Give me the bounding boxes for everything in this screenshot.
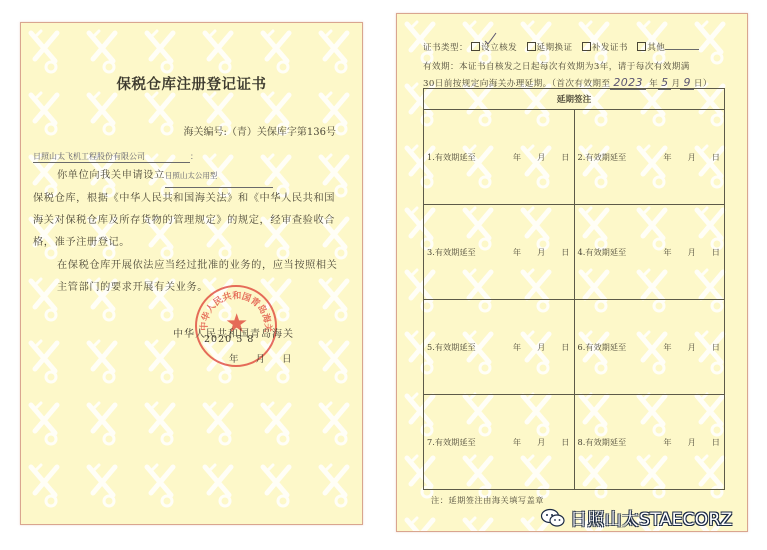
extension-label: 3.有效期延至 bbox=[427, 247, 476, 258]
approval-paragraph: 你单位向我关申请设立日照山太公用型 保税仓库，根据《中华人民共和国海关法》和《中… bbox=[33, 165, 343, 254]
extension-entry: 1.有效期延至年月日 bbox=[424, 152, 574, 163]
year-label: 年 bbox=[663, 342, 671, 353]
month-label: 月 bbox=[537, 247, 545, 258]
wechat-watermark: 日照山太STAECORZ bbox=[540, 505, 733, 530]
extension-entry: 7.有效期延至年月日 bbox=[424, 437, 574, 448]
issue-date: 2020 5 8 bbox=[204, 334, 254, 345]
extension-cell[interactable]: 6.有效期延至年月日 bbox=[574, 300, 725, 395]
certificate-title: 保税仓库注册登记证书 bbox=[21, 73, 362, 94]
day-label: 日 bbox=[712, 437, 720, 448]
checkbox-icon[interactable] bbox=[471, 42, 480, 51]
extension-row: 5.有效期延至年月日6.有效期延至年月日 bbox=[424, 300, 725, 395]
extension-row: 7.有效期延至年月日8.有效期延至年月日 bbox=[424, 395, 725, 490]
year-label: 年 bbox=[513, 342, 521, 353]
certificate-front-page: 保税仓库注册登记证书 海关编号:（青）关保库字第136号 日照山太飞机工程股份有… bbox=[20, 22, 363, 525]
checkmark-icon bbox=[483, 32, 497, 46]
cert-type-option[interactable]: 延期换证 bbox=[527, 43, 573, 53]
day-label: 日 bbox=[712, 342, 720, 353]
extension-label: 6.有效期延至 bbox=[578, 342, 627, 353]
month-label: 月 bbox=[688, 152, 696, 163]
validity-line-1: 有效期：本证书自核发之日起每次有效期为3年，请于每次有效期满 bbox=[423, 60, 690, 72]
extension-label: 8.有效期延至 bbox=[578, 437, 627, 448]
extension-cell[interactable]: 7.有效期延至年月日 bbox=[424, 395, 575, 490]
year-label: 年 bbox=[663, 247, 671, 258]
day-label: 日 bbox=[561, 152, 569, 163]
extension-note: 注：延期签注由海关填写盖章 bbox=[431, 495, 544, 506]
checkbox-icon[interactable] bbox=[637, 42, 646, 51]
year-label: 年 bbox=[663, 437, 671, 448]
extension-entry: 4.有效期延至年月日 bbox=[575, 247, 725, 258]
extension-entry: 6.有效期延至年月日 bbox=[575, 342, 725, 353]
extension-cell[interactable]: 8.有效期延至年月日 bbox=[574, 395, 725, 490]
month-label: 月 bbox=[537, 342, 545, 353]
month-label: 月 bbox=[688, 437, 696, 448]
extension-label: 5.有效期延至 bbox=[427, 342, 476, 353]
day-label: 日 bbox=[712, 152, 720, 163]
company-name: 日照山太飞机工程股份有限公司 bbox=[33, 151, 190, 163]
extension-label: 4.有效期延至 bbox=[578, 247, 627, 258]
certificate-back-page: 证书类型： 设立核发 延期换证 补发证书 其他 有效期：本证书自核发之日起每次有… bbox=[396, 13, 748, 532]
cert-type-option[interactable]: 补发证书 bbox=[582, 43, 628, 53]
year-label: 年 bbox=[663, 152, 671, 163]
day-label: 日 bbox=[712, 247, 720, 258]
month-label: 月 bbox=[537, 437, 545, 448]
extension-cell[interactable]: 5.有效期延至年月日 bbox=[424, 300, 575, 395]
year-label: 年 bbox=[513, 247, 521, 258]
extension-row: 1.有效期延至年月日2.有效期延至年月日 bbox=[424, 110, 725, 205]
extension-cell[interactable]: 4.有效期延至年月日 bbox=[574, 205, 725, 300]
extension-table-header: 延期签注 bbox=[424, 89, 725, 110]
month-label: 月 bbox=[688, 342, 696, 353]
extension-row: 3.有效期延至年月日4.有效期延至年月日 bbox=[424, 205, 725, 300]
extension-cell[interactable]: 1.有效期延至年月日 bbox=[424, 110, 575, 205]
extension-label: 7.有效期延至 bbox=[427, 437, 476, 448]
extension-cell[interactable]: 2.有效期延至年月日 bbox=[574, 110, 725, 205]
extension-entry: 2.有效期延至年月日 bbox=[575, 152, 725, 163]
wechat-icon bbox=[540, 508, 566, 528]
cert-type-option[interactable]: 其他 bbox=[637, 43, 699, 53]
watermark-text: 日照山太STAECORZ bbox=[570, 505, 733, 530]
extension-table: 延期签注 1.有效期延至年月日2.有效期延至年月日3.有效期延至年月日4.有效期… bbox=[423, 88, 725, 490]
issue-date-labels: 年 月 日 bbox=[229, 351, 292, 365]
extension-entry: 8.有效期延至年月日 bbox=[575, 437, 725, 448]
month-label: 月 bbox=[537, 152, 545, 163]
extension-label: 1.有效期延至 bbox=[427, 152, 476, 163]
extension-label: 2.有效期延至 bbox=[578, 152, 627, 163]
certificate-type-row: 证书类型： 设立核发 延期换证 补发证书 其他 bbox=[423, 41, 699, 53]
company-name-line: 日照山太飞机工程股份有限公司： bbox=[33, 151, 198, 163]
cert-type-label: 证书类型： bbox=[423, 43, 468, 53]
day-label: 日 bbox=[561, 437, 569, 448]
day-label: 日 bbox=[561, 247, 569, 258]
year-label: 年 bbox=[513, 437, 521, 448]
extension-cell[interactable]: 3.有效期延至年月日 bbox=[424, 205, 575, 300]
checkbox-icon[interactable] bbox=[582, 42, 591, 51]
month-label: 月 bbox=[688, 247, 696, 258]
customs-number: 海关编号:（青）关保库字第136号 bbox=[184, 123, 336, 138]
para1-rest: 保税仓库，根据《中华人民共和国海关法》和《中华人民共和国海关对保税仓库及所存货物… bbox=[33, 188, 343, 254]
day-label: 日 bbox=[561, 342, 569, 353]
para1-prefix: 你单位向我关申请设立 bbox=[57, 170, 165, 181]
extension-entry: 3.有效期延至年月日 bbox=[424, 247, 574, 258]
year-label: 年 bbox=[513, 152, 521, 163]
business-paragraph: 在保税仓库开展依法应当经过批准的业务的，应当按照相关主管部门的要求开展有关业务。 bbox=[33, 255, 343, 299]
extension-entry: 5.有效期延至年月日 bbox=[424, 342, 574, 353]
company-suffix: ： bbox=[190, 152, 198, 161]
checkbox-icon[interactable] bbox=[527, 42, 536, 51]
warehouse-type: 日照山太公用型 bbox=[165, 165, 273, 188]
